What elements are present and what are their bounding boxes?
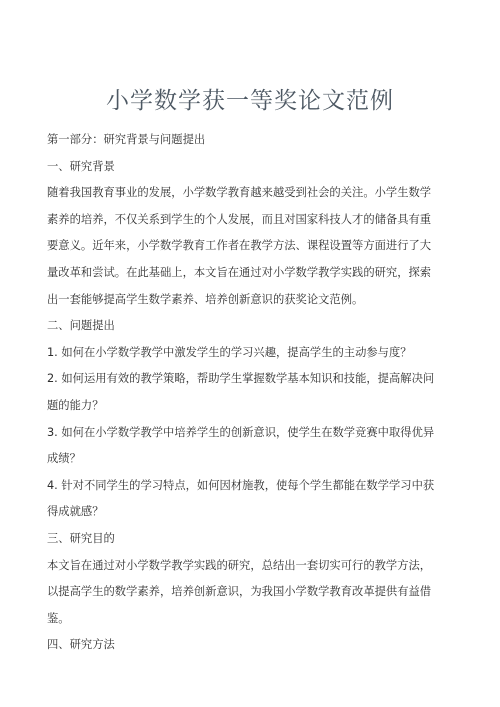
paragraph-line: 本文旨在通过对小学数学教学实践的研究，总结出一套切实可行的教学方法， <box>47 553 467 580</box>
list-item-line: 题的能力？ <box>47 393 467 420</box>
paragraph-line: 量改革和尝试。在此基础上，本文旨在通过对小学数学教学实践的研究，探索 <box>47 260 467 287</box>
section-heading-questions: 二、问题提出 <box>47 313 467 340</box>
list-item-line: 4. 针对不同学生的学习特点，如何因材施教，使每个学生都能在数学学习中获 <box>47 473 467 500</box>
paragraph-line: 出一套能够提高学生数学素养、培养创新意识的获奖论文范例。 <box>47 287 467 314</box>
document-title: 小学数学获一等奖论文范例 <box>0 82 500 115</box>
section-heading-purpose: 三、研究目的 <box>47 526 467 553</box>
paragraph-line: 随着我国教育事业的发展，小学数学教育越来越受到社会的关注。小学生数学 <box>47 180 467 207</box>
document-page: 小学数学获一等奖论文范例 第一部分：研究背景与问题提出 一、研究背景 随着我国教… <box>0 0 500 707</box>
document-body: 第一部分：研究背景与问题提出 一、研究背景 随着我国教育事业的发展，小学数学教育… <box>47 127 467 659</box>
list-item-line: 成绩？ <box>47 446 467 473</box>
part-heading: 第一部分：研究背景与问题提出 <box>47 127 467 154</box>
list-item-line: 3. 如何在小学数学教学中培养学生的创新意识，使学生在数学竞赛中取得优异 <box>47 420 467 447</box>
list-item-line: 2. 如何运用有效的教学策略，帮助学生掌握数学基本知识和技能，提高解决问 <box>47 366 467 393</box>
section-heading-background: 一、研究背景 <box>47 154 467 181</box>
paragraph-line: 要意义。近年来，小学数学教育工作者在教学方法、课程设置等方面进行了大 <box>47 233 467 260</box>
list-item-line: 得成就感？ <box>47 499 467 526</box>
section-heading-methods: 四、研究方法 <box>47 632 467 659</box>
paragraph-line: 素养的培养，不仅关系到学生的个人发展，而且对国家科技人才的储备具有重 <box>47 207 467 234</box>
paragraph-line: 以提高学生的数学素养，培养创新意识，为我国小学数学教育改革提供有益借 <box>47 579 467 606</box>
paragraph-line: 鉴。 <box>47 606 467 633</box>
list-item-line: 1. 如何在小学数学教学中激发学生的学习兴趣，提高学生的主动参与度？ <box>47 340 467 367</box>
